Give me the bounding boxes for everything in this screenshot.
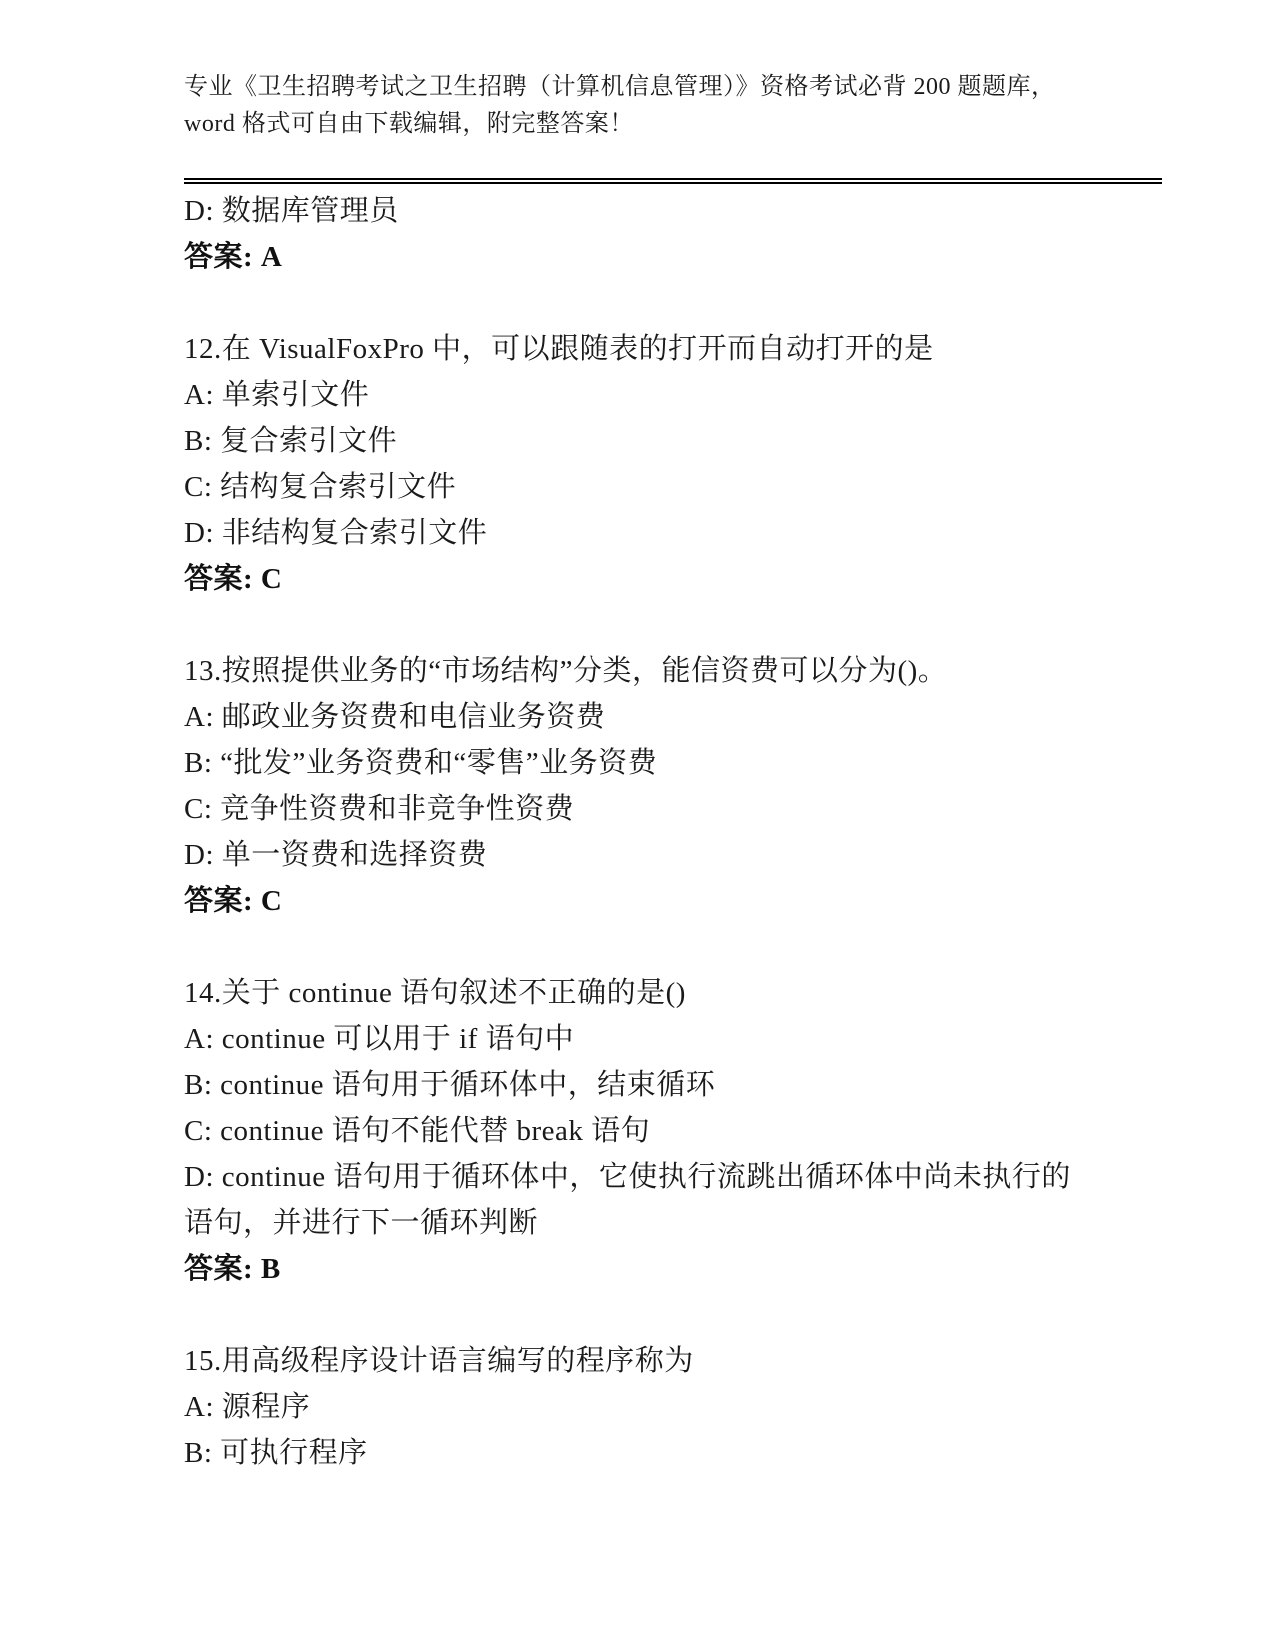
question-title: 13.按照提供业务的“市场结构”分类，能信资费可以分为()。 [184,648,1094,694]
option-line-b: B: “批发”业务资费和“零售”业务资费 [184,740,1094,786]
option-line-c: C: 竞争性资费和非竞争性资费 [184,786,1094,832]
option-line-c: C: continue 语句不能代替 break 语句 [184,1108,1094,1154]
question-block-13: 13.按照提供业务的“市场结构”分类，能信资费可以分为()。 A: 邮政业务资费… [184,648,1094,924]
answer-line: 答案: C [184,878,1094,924]
option-line-b: B: 可执行程序 [184,1430,1094,1476]
question-title: 12.在 VisualFoxPro 中，可以跟随表的打开而自动打开的是 [184,326,1094,372]
question-block-14: 14.关于 continue 语句叙述不正确的是() A: continue 可… [184,970,1094,1292]
question-title: 14.关于 continue 语句叙述不正确的是() [184,970,1094,1016]
answer-line: 答案: B [184,1246,1094,1292]
questions-area: D: 数据库管理员 答案: A 12.在 VisualFoxPro 中，可以跟随… [184,188,1094,1476]
option-line-a: A: continue 可以用于 if 语句中 [184,1016,1094,1062]
option-line-a: A: 源程序 [184,1384,1094,1430]
document-page: 专业《卫生招聘考试之卫生招聘（计算机信息管理）》资格考试必背 200 题题库， … [0,0,1275,1650]
header-title-line-2: word 格式可自由下载编辑，附完整答案！ [184,106,1094,143]
header-double-rule [184,178,1162,184]
option-line-d: D: 数据库管理员 [184,188,1094,234]
question-title: 15.用高级程序设计语言编写的程序称为 [184,1338,1094,1384]
document-header: 专业《卫生招聘考试之卫生招聘（计算机信息管理）》资格考试必背 200 题题库， … [184,69,1094,143]
option-line-d: D: 单一资费和选择资费 [184,832,1094,878]
option-line-b: B: 复合索引文件 [184,418,1094,464]
answer-line: 答案: A [184,234,1094,280]
option-line-b: B: continue 语句用于循环体中，结束循环 [184,1062,1094,1108]
option-line-d-wrap: 语句，并进行下一循环判断 [184,1200,1094,1246]
option-line-c: C: 结构复合索引文件 [184,464,1094,510]
answer-line: 答案: C [184,556,1094,602]
option-line-d: D: 非结构复合索引文件 [184,510,1094,556]
question-block-12: 12.在 VisualFoxPro 中，可以跟随表的打开而自动打开的是 A: 单… [184,326,1094,602]
question-block-11-tail: D: 数据库管理员 答案: A [184,188,1094,280]
option-line-d: D: continue 语句用于循环体中，它使执行流跳出循环体中尚未执行的 [184,1154,1094,1200]
header-title-line-1: 专业《卫生招聘考试之卫生招聘（计算机信息管理）》资格考试必背 200 题题库， [184,69,1094,106]
option-line-a: A: 单索引文件 [184,372,1094,418]
option-line-a: A: 邮政业务资费和电信业务资费 [184,694,1094,740]
document-content: 专业《卫生招聘考试之卫生招聘（计算机信息管理）》资格考试必背 200 题题库， … [184,69,1094,1476]
question-block-15: 15.用高级程序设计语言编写的程序称为 A: 源程序 B: 可执行程序 [184,1338,1094,1476]
